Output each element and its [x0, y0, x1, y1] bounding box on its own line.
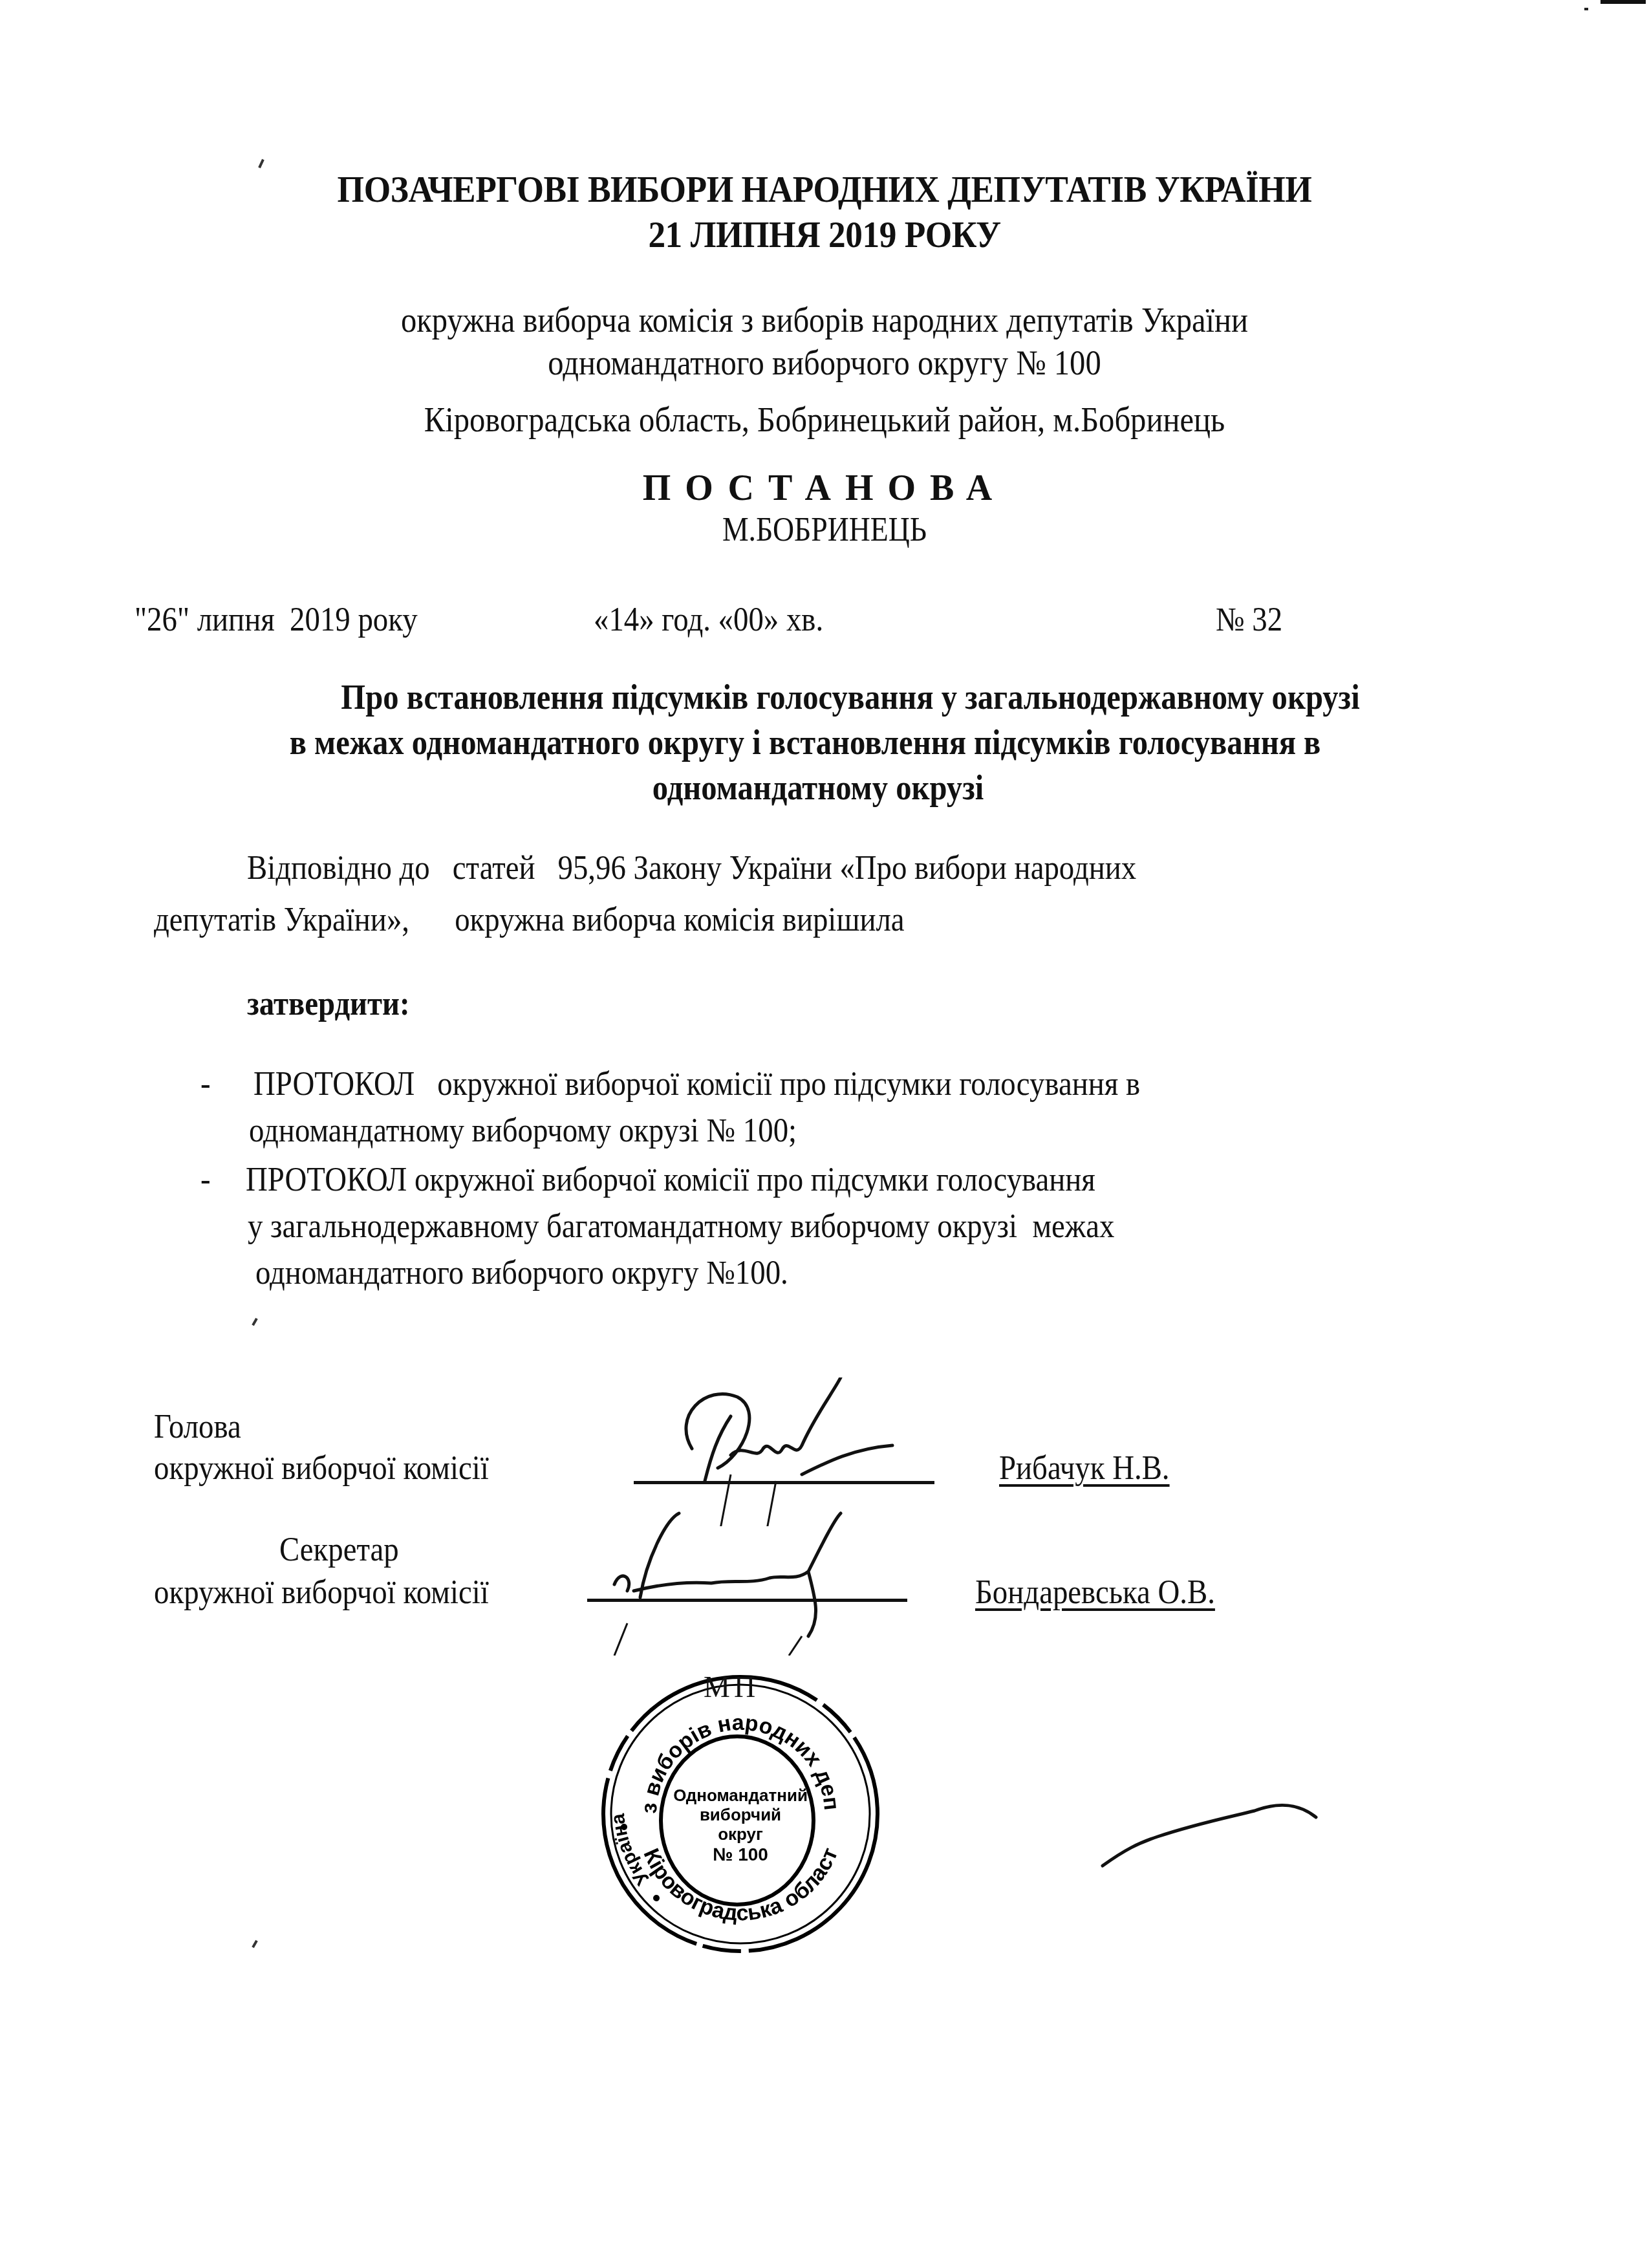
body-paragraph-line2: депутатів України», окружна виборча комі… — [154, 898, 905, 943]
decree-number: № 32 — [1216, 600, 1282, 640]
svg-text:№ 100: № 100 — [713, 1844, 768, 1864]
scan-artifact — [252, 1318, 257, 1326]
commission-name-line1: окружна виборча комісія з виборів народн… — [83, 299, 1567, 341]
subject-line2: в межах одномандатного округу і встановл… — [63, 719, 1547, 766]
commission-name-line2: одномандатного виборчого округу № 100 — [83, 341, 1567, 384]
location: Кіровоградська область, Бобринецький рай… — [83, 398, 1567, 441]
subject-line1: Про встановлення підсумків голосування у… — [109, 674, 1593, 720]
list-item-1-line2: одномандатному виборчому окрузі № 100; — [249, 1108, 797, 1154]
svg-text:Одномандатний: Одномандатний — [673, 1786, 808, 1805]
secretary-commission: окружної виборчої комісії — [154, 1570, 489, 1615]
secretary-signature-icon — [608, 1507, 879, 1656]
election-title: ПОЗАЧЕРГОВІ ВИБОРИ НАРОДНИХ ДЕПУТАТІВ УК… — [66, 167, 1583, 212]
chairman-signature-icon — [647, 1377, 944, 1526]
svg-text:Україна: Україна — [607, 1813, 653, 1889]
list-item-2-line2: у загальнодержавному багатомандатному ви… — [248, 1204, 1114, 1249]
list-bullet: - — [200, 1062, 211, 1107]
chairman-commission: окружної виборчої комісії — [154, 1446, 489, 1491]
scan-artifact — [1584, 8, 1588, 10]
list-item-2-line3: одномандатного виборчого округу №100. — [255, 1251, 788, 1296]
pen-stroke-icon — [1099, 1798, 1326, 1875]
chairman-role: Голова — [154, 1405, 241, 1450]
scan-artifact — [252, 1940, 257, 1948]
decree-city: М.БОБРИНЕЦЬ — [99, 511, 1550, 550]
decree-date: "26" липня 2019 року — [135, 600, 418, 640]
official-stamp-icon: з виборів народних депутатів України Кір… — [585, 1659, 896, 1969]
subject-line3: одномандатному окрузі — [76, 764, 1560, 811]
stamp-place-label: МП — [704, 1670, 759, 1704]
svg-text:виборчий: виборчий — [700, 1805, 781, 1824]
decree-label: ПОСТАНОВА — [0, 467, 1649, 510]
svg-text:округ: округ — [718, 1824, 763, 1844]
secretary-role: Секретар — [279, 1528, 399, 1573]
election-date: 21 ЛИПНЯ 2019 РОКУ — [66, 212, 1583, 257]
list-item-1-line1: ПРОТОКОЛ окружної виборчої комісії про п… — [253, 1062, 1140, 1107]
secretary-name: Бондаревська О.В. — [975, 1570, 1215, 1615]
body-paragraph-line1: Відповідно до статей 95,96 Закону Україн… — [247, 846, 1498, 891]
list-bullet: - — [200, 1158, 211, 1203]
chairman-name: Рибачук Н.В. — [999, 1446, 1170, 1491]
decree-time: «14» год. «00» хв. — [594, 600, 823, 640]
scan-artifact — [1600, 0, 1646, 4]
resolve-label: затвердити: — [247, 982, 410, 1027]
list-item-2-line1: ПРОТОКОЛ окружної виборчої комісії про п… — [246, 1158, 1095, 1203]
